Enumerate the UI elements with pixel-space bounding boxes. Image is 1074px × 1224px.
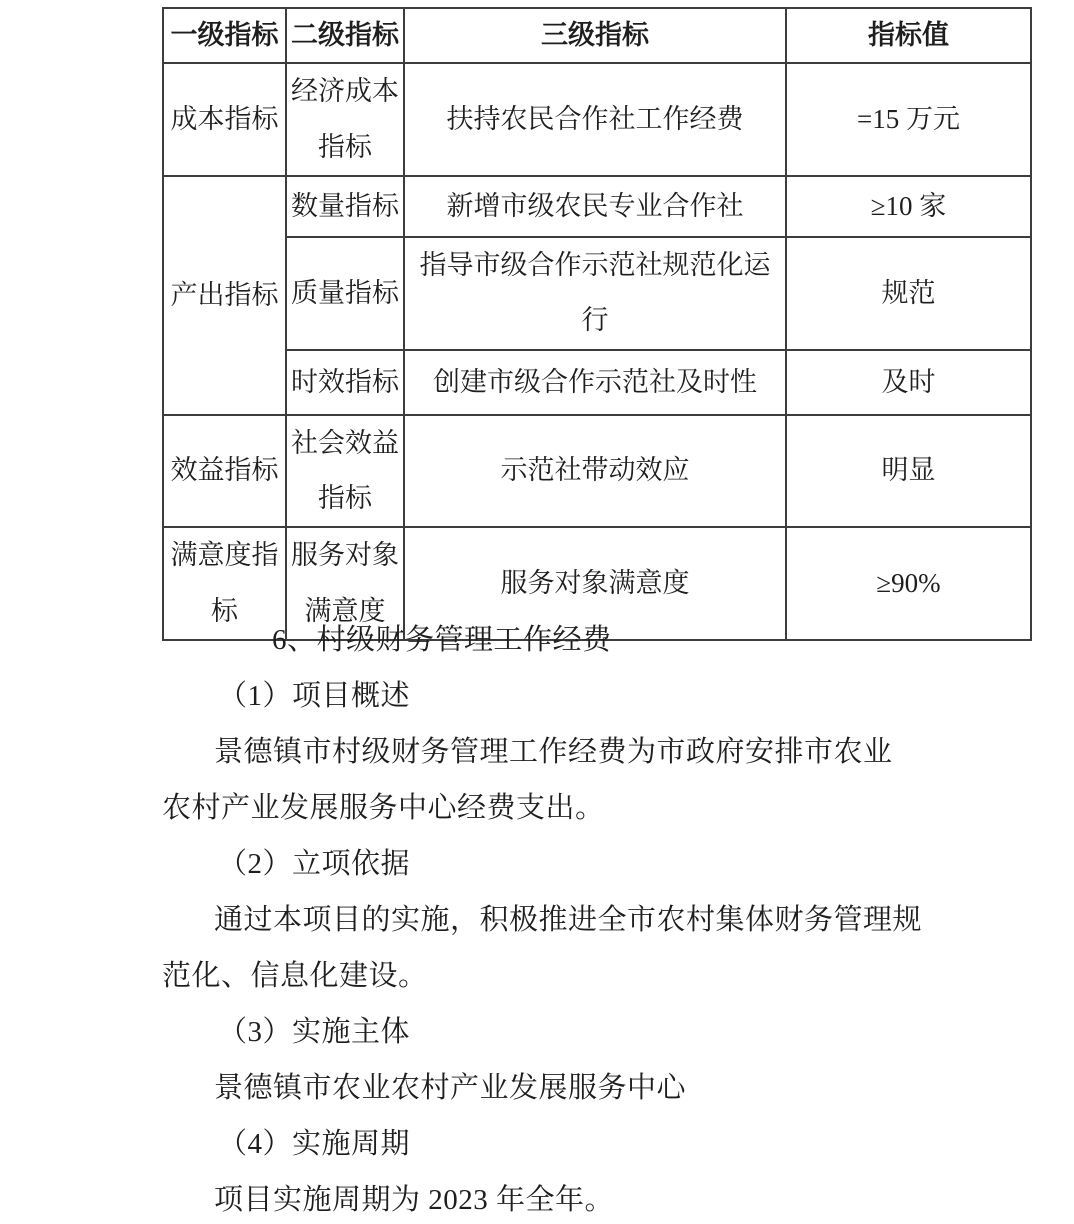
table-cell: 规范 (786, 237, 1031, 350)
table-cell: 产出指标 (163, 176, 286, 415)
document-page: 一级指标 二级指标 三级指标 指标值 成本指标经济成本指标扶持农民合作社工作经费… (0, 0, 1074, 1224)
table-header-row: 一级指标 二级指标 三级指标 指标值 (163, 8, 1031, 63)
table-cell: 创建市级合作示范社及时性 (404, 350, 786, 415)
sub-heading: （4）实施周期 (162, 1116, 1034, 1172)
paragraph-line: 农村产业发展服务中心经费支出。 (162, 780, 1034, 836)
table-cell: 及时 (786, 350, 1031, 415)
paragraph-line: 景德镇市村级财务管理工作经费为市政府安排市农业 (162, 724, 1034, 780)
sub-heading: （1）项目概述 (162, 668, 1034, 724)
table-cell: 指导市级合作示范社规范化运行 (404, 237, 786, 350)
table-cell: 成本指标 (163, 63, 286, 176)
table-row: 效益指标社会效益指标示范社带动效应明显 (163, 415, 1031, 528)
table-cell: 示范社带动效应 (404, 415, 786, 528)
table-cell: 数量指标 (286, 176, 404, 237)
document-body: 6、村级财务管理工作经费（1）项目概述景德镇市村级财务管理工作经费为市政府安排市… (162, 612, 1034, 1224)
table-cell: 明显 (786, 415, 1031, 528)
table-cell: 社会效益指标 (286, 415, 404, 528)
table-row: 产出指标数量指标新增市级农民专业合作社≥10 家 (163, 176, 1031, 237)
table-cell: 新增市级农民专业合作社 (404, 176, 786, 237)
table-cell: =15 万元 (786, 63, 1031, 176)
table-cell: 质量指标 (286, 237, 404, 350)
table-cell: ≥10 家 (786, 176, 1031, 237)
table-cell: 经济成本指标 (286, 63, 404, 176)
column-header-level3: 三级指标 (404, 8, 786, 63)
table-row: 时效指标创建市级合作示范社及时性及时 (163, 350, 1031, 415)
paragraph-line: 景德镇市农业农村产业发展服务中心 (162, 1060, 1034, 1116)
paragraph-line: 范化、信息化建设。 (162, 948, 1034, 1004)
column-header-level1: 一级指标 (163, 8, 286, 63)
table-cell: 扶持农民合作社工作经费 (404, 63, 786, 176)
table-cell: 时效指标 (286, 350, 404, 415)
column-header-level2: 二级指标 (286, 8, 404, 63)
table-row: 成本指标经济成本指标扶持农民合作社工作经费=15 万元 (163, 63, 1031, 176)
table-row: 质量指标指导市级合作示范社规范化运行规范 (163, 237, 1031, 350)
section-heading: 6、村级财务管理工作经费 (162, 612, 1034, 668)
paragraph-line: 通过本项目的实施，积极推进全市农村集体财务管理规 (162, 892, 1034, 948)
sub-heading: （3）实施主体 (162, 1004, 1034, 1060)
paragraph-line: 项目实施周期为 2023 年全年。 (162, 1172, 1034, 1224)
table-cell: 效益指标 (163, 415, 286, 528)
column-header-value: 指标值 (786, 8, 1031, 63)
sub-heading: （2）立项依据 (162, 836, 1034, 892)
indicator-table: 一级指标 二级指标 三级指标 指标值 成本指标经济成本指标扶持农民合作社工作经费… (162, 7, 1032, 641)
